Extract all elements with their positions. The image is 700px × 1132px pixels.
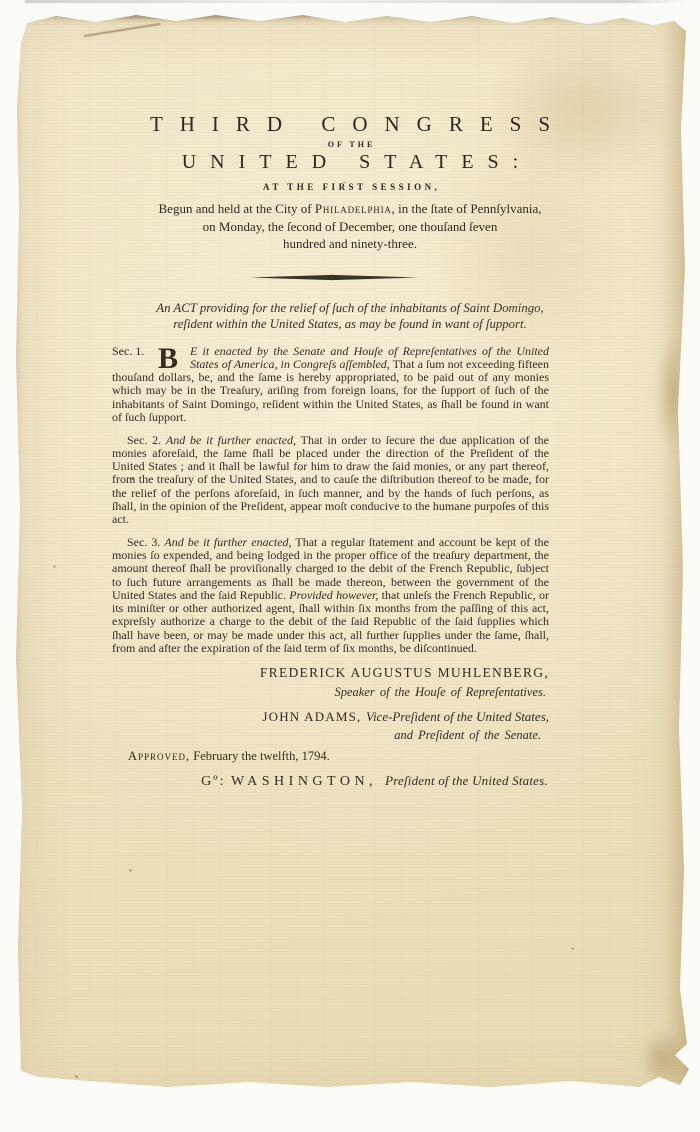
section-2-enacting: And be it further enacted,	[166, 433, 296, 447]
section-1-label: Sec. 1.	[112, 345, 158, 358]
faint-discoloration	[431, 129, 631, 389]
approved-label: Approved,	[128, 749, 190, 763]
signature-block: FREDERICK AUGUSTUS MUHLENBERG, Speaker o…	[112, 665, 549, 790]
enacting-clause: E it enacted by the Senate and Houſe of …	[190, 344, 549, 371]
act-body: Sec. 1. B E it enacted by the Senate and…	[112, 345, 549, 656]
drop-cap-B: B	[158, 346, 178, 371]
swell-rule-ornament	[250, 274, 418, 281]
president-initial: Gº:	[201, 774, 231, 789]
document-masthead: THIRD CONGRESS OF THE UNITED STATES: AT …	[11, 9, 689, 253]
speck	[343, 181, 346, 184]
speaker-name: FREDERICK AUGUSTUS MUHLENBERG,	[112, 665, 549, 681]
president-signature-line: Gº: WASHINGTON, Preſident of the United …	[112, 773, 549, 790]
section-3-text-1: That a regular ſtatement and account be …	[112, 535, 549, 602]
bottom-right-chip	[639, 1029, 687, 1089]
section-3-label: Sec. 3.	[127, 535, 164, 549]
title-of-the: OF THE	[11, 140, 689, 149]
left-edge-shading	[11, 9, 23, 1101]
section-1-text: That a ſum not exceeding fifteen thouſan…	[112, 357, 549, 424]
speaker-title: Speaker of the Houſe of Repreſentatives.	[112, 685, 549, 700]
section-3-enacting: And be it further enacted,	[164, 535, 291, 549]
bottom-edge-shading	[11, 1088, 689, 1101]
president-title: Preſident of the United States.	[385, 773, 548, 788]
top-left-edge-stain	[29, 9, 329, 18]
right-edge-shading	[663, 9, 689, 1101]
divider	[0, 268, 673, 286]
scanner-artifact-line	[25, 0, 685, 3]
scanned-document-image: THIRD CONGRESS OF THE UNITED STATES: AT …	[0, 0, 700, 1132]
president-name: WASHINGTON,	[231, 774, 385, 789]
vice-president-name: JOHN ADAMS,	[262, 709, 366, 724]
preamble-line-2: on Monday, the ſecond of December, one t…	[11, 218, 689, 236]
scratch-mark	[83, 23, 160, 37]
approved-date: February the twelfth, 1794.	[190, 749, 330, 763]
act-title: An ACT providing for the relief of ſuch …	[11, 300, 689, 333]
paper-sheet: THIRD CONGRESS OF THE UNITED STATES: AT …	[11, 9, 689, 1101]
vice-president-line: JOHN ADAMS, Vice-Preſident of the United…	[112, 709, 549, 725]
speck	[75, 1075, 78, 1078]
preamble-line-3: hundred and ninety-three.	[11, 235, 689, 253]
proviso-clause: Provided however,	[289, 588, 378, 602]
title-united-states: UNITED STATES:	[11, 151, 689, 174]
section-2: Sec. 2. And be it further enacted, That …	[112, 434, 549, 527]
speck	[129, 869, 132, 872]
section-2-label: Sec. 2.	[127, 433, 166, 447]
act-title-line-2: reſident within the United States, as ma…	[11, 316, 689, 333]
section-3: Sec. 3. And be it further enacted, That …	[112, 536, 549, 655]
speck	[53, 565, 56, 568]
top-right-edge-stain	[341, 9, 671, 16]
speck	[571, 947, 574, 950]
deckle-edge-stain	[11, 9, 689, 25]
section-2-text: That in order to ſecure the due applicat…	[112, 433, 549, 527]
section-3-text-2: that unleſs the French Republic, or its …	[112, 588, 549, 655]
foxing-stain	[487, 34, 677, 184]
section-1-head: Sec. 1. B	[112, 345, 190, 371]
section-1: Sec. 1. B E it enacted by the Senate and…	[112, 345, 549, 425]
approval-line: Approved, February the twelfth, 1794.	[128, 749, 549, 764]
speck	[131, 477, 134, 480]
vice-president-title: Vice-Preſident of the United States,	[366, 709, 549, 724]
right-edge-stain	[655, 334, 689, 454]
act-title-line-1: An ACT providing for the relief of ſuch …	[11, 300, 689, 317]
title-third-congress: THIRD CONGRESS	[11, 112, 689, 137]
session-line: AT THE FIRST SESSION,	[11, 182, 689, 192]
preamble-line-1: Begun and held at the City of Philadelph…	[11, 200, 689, 218]
city-philadelphia: Philadelphia	[315, 201, 392, 216]
session-preamble: Begun and held at the City of Philadelph…	[11, 200, 689, 253]
senate-president-title: and Preſident of the Senate.	[112, 728, 549, 743]
